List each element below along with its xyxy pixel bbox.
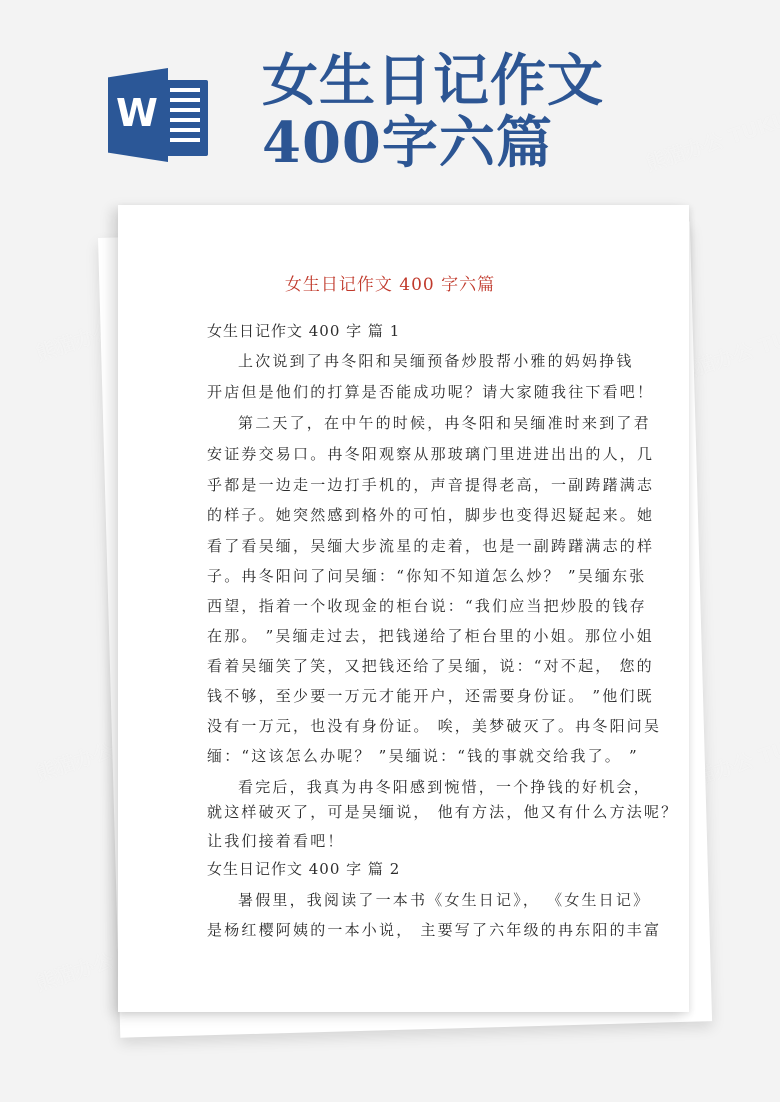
paragraph-line: 在那。 ”吴缅走过去，把钱递给了柜台里的小姐。那位小姐 (207, 626, 611, 646)
paragraph-line: 是杨红樱阿姨的一本小说， 主要写了六年级的冉东阳的丰富 (207, 920, 611, 940)
section-heading: 女生日记作文 400 字 篇 2 (207, 859, 611, 879)
paragraph-line: 第二天了，在中午的时候，冉冬阳和吴缅准时来到了君 (238, 413, 642, 433)
paragraph-line: 开店但是他们的打算是否能成功呢？请大家随我往下看吧！ (207, 382, 611, 402)
paragraph-line: 的样子。她突然感到格外的可怕，脚步也变得迟疑起来。她 (207, 505, 611, 525)
paragraph-line: 看完后，我真为冉冬阳感到惋惜，一个挣钱的好机会， (238, 777, 642, 797)
page-title: 女生日记作文400字六篇 (262, 50, 632, 174)
document-lines-icon (166, 80, 208, 156)
paragraph-line: 钱不够，至少要一万元才能开户，还需要身份证。 ”他们既 (207, 686, 611, 706)
paragraph-line: 就这样破灭了，可是吴缅说， 他有方法，他又有什么方法呢？ (207, 802, 611, 822)
word-letter: W (114, 90, 160, 136)
word-document-icon: W (108, 68, 208, 162)
paragraph-line: 看了看吴缅，吴缅大步流星的走着，也是一副踌躇满志的样 (207, 536, 611, 556)
paragraph-line: 西望，指着一个收现金的柜台说：“我们应当把炒股的钱存 (207, 596, 611, 616)
paragraph-line: 乎都是一边走一边打手机的，声音提得老高，一副踌躇满志 (207, 475, 611, 495)
paragraph-line: 上次说到了冉冬阳和吴缅预备炒股帮小雅的妈妈挣钱 (238, 351, 642, 371)
paragraph-line: 让我们接着看吧！ (207, 831, 611, 851)
paragraph-line: 暑假里，我阅读了一本书《女生日记》， 《女生日记》 (238, 890, 642, 910)
section-heading: 女生日记作文 400 字 篇 1 (207, 321, 611, 341)
paragraph-line: 没有一万元，也没有身份证。 唉，美梦破灭了。冉冬阳问吴 (207, 716, 611, 736)
document-title: 女生日记作文 400 字六篇 (0, 270, 780, 295)
paragraph-line: 子。冉冬阳问了问吴缅：“你知不知道怎么炒？ ”吴缅东张 (207, 566, 611, 586)
paragraph-line: 安证券交易口。冉冬阳观察从那玻璃门里进进出出的人，几 (207, 444, 611, 464)
paragraph-line: 缅：“这该怎么办呢？ ”吴缅说：“钱的事就交给我了。 ” (207, 746, 611, 766)
header: W 女生日记作文400字六篇 (0, 0, 780, 190)
paragraph-line: 看着吴缅笑了笑，又把钱还给了吴缅，说：“对不起， 您的 (207, 656, 611, 676)
